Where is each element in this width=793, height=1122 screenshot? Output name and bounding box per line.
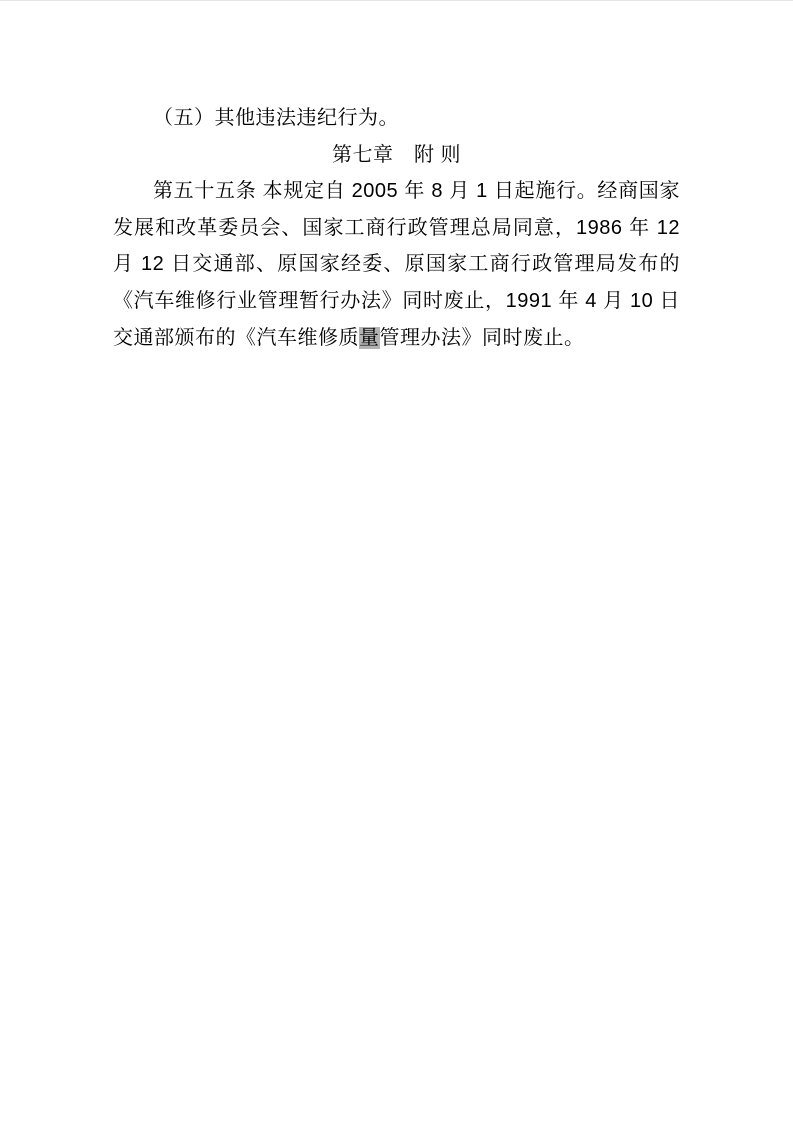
chapter-heading: 第七章 附 则 bbox=[113, 137, 680, 174]
highlighted-character: 量 bbox=[359, 327, 380, 349]
article-text-before-highlight: 第五十五条 本规定自 2005 年 8 月 1 日起施行。经商国家发展和改革委员… bbox=[113, 180, 680, 348]
list-item-five: （五）其他违法违纪行为。 bbox=[113, 100, 680, 137]
article-text-after-highlight: 管理办法》同时废止。 bbox=[380, 327, 585, 349]
article-55-paragraph: 第五十五条 本规定自 2005 年 8 月 1 日起施行。经商国家发展和改革委员… bbox=[113, 173, 680, 356]
document-page: （五）其他违法违纪行为。 第七章 附 则 第五十五条 本规定自 2005 年 8… bbox=[0, 1, 793, 1122]
